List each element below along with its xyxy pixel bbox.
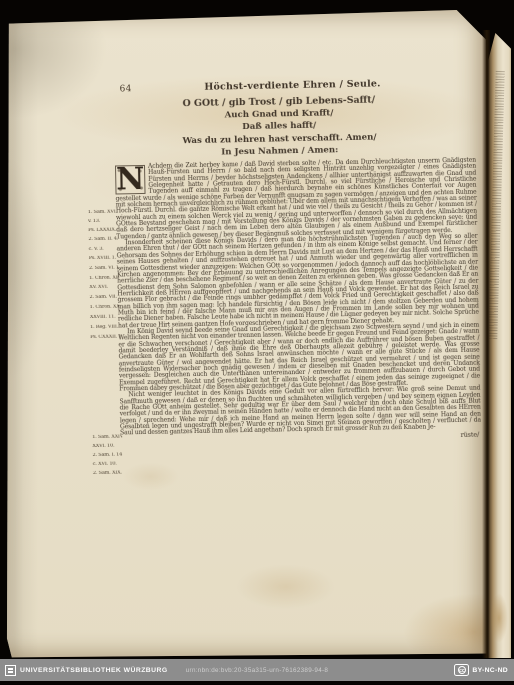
paragraph: Im König David seynd beede seine Gnad un… bbox=[118, 322, 480, 392]
margin-citation: XXVIII. 11. bbox=[90, 314, 120, 320]
margin-citation: XXVI. 10. bbox=[92, 443, 122, 449]
margin-citation: Ps. LXXXIX. 21. bbox=[88, 227, 118, 233]
document-urn: urn:nbn:de:bvb:20-35a315-urn-76162389-94… bbox=[186, 667, 329, 674]
drop-cap-initial: N bbox=[115, 165, 146, 195]
paragraph: Insonderheit scheinen diese Königs David… bbox=[116, 234, 479, 330]
margin-citation: v. 13. bbox=[88, 218, 118, 224]
margin-citation: c. XVI. 10. bbox=[93, 461, 123, 467]
page-number: 64 bbox=[119, 84, 132, 94]
page-content: 64 Höchst-verdiente Ehren / Seule. O GOt… bbox=[0, 5, 494, 662]
margin-citation: 2. Sam. VII. 2. bbox=[89, 294, 119, 300]
margin-citation: 2. Sam. II. 4. bbox=[88, 236, 118, 242]
license-badge[interactable]: cc BY-NC-ND bbox=[454, 659, 508, 681]
library-name: UNIVERSITÄTSBIBLIOTHEK WÜRZBURG bbox=[20, 667, 168, 674]
margin-citation: c. V. 3. bbox=[89, 246, 119, 252]
library-branding[interactable]: UNIVERSITÄTSBIBLIOTHEK WÜRZBURG bbox=[0, 665, 168, 676]
margin-citation: Ps. XVIII. 1. bbox=[89, 255, 119, 261]
paragraph: Nicht weniger leuchtet in des Königs Dav… bbox=[119, 386, 481, 437]
margin-citation: 1. Sam. XVI. 1. bbox=[88, 209, 118, 215]
page-edge-stain bbox=[490, 593, 508, 643]
paragraph-text: Achdem die Zeit herbey kame / daß David … bbox=[116, 157, 478, 241]
facing-page-text-sliver bbox=[488, 71, 504, 339]
scanned-book-page: 64 Höchst-verdiente Ehren / Seule. O GOt… bbox=[6, 10, 488, 658]
viewer-footer-bar: UNIVERSITÄTSBIBLIOTHEK WÜRZBURG urn:nbn:… bbox=[0, 659, 514, 681]
paragraph: NAchdem die Zeit herbey kame / daß David… bbox=[115, 158, 477, 241]
cc-icon: cc bbox=[454, 664, 469, 676]
scan-viewer: 64 Höchst-verdiente Ehren / Seule. O GOt… bbox=[0, 0, 514, 685]
margin-citation: XV. XVI. bbox=[89, 284, 119, 290]
margin-citation: 2. Sam. XIX. 23. bbox=[93, 470, 123, 476]
margin-citation: 2. Sam. I. 14. bbox=[93, 452, 123, 458]
library-logo-icon bbox=[5, 665, 16, 676]
body-text: NAchdem die Zeit herbey kame / daß David… bbox=[115, 158, 481, 445]
running-head: Höchst-verdiente Ehren / Seule. bbox=[141, 77, 443, 94]
margin-citation: 1. Chron. XXII. bbox=[90, 304, 120, 310]
margin-citation: 1. Sam. XXIV. 8. bbox=[92, 434, 122, 440]
margin-citation: 1. Chron. XIV. bbox=[89, 275, 119, 281]
margin-citation: Ps. CXXXII. 1. bbox=[90, 334, 120, 340]
margin-citation: 1. Reg. VIII. bbox=[90, 324, 120, 330]
license-label: BY-NC-ND bbox=[472, 667, 508, 674]
margin-citation: 2. Sam. VI. 12. bbox=[89, 265, 119, 271]
facing-page-edge bbox=[488, 33, 511, 658]
opening-verse: O GOtt / gib Trost / gib Lebens-Safft/ A… bbox=[118, 93, 441, 160]
